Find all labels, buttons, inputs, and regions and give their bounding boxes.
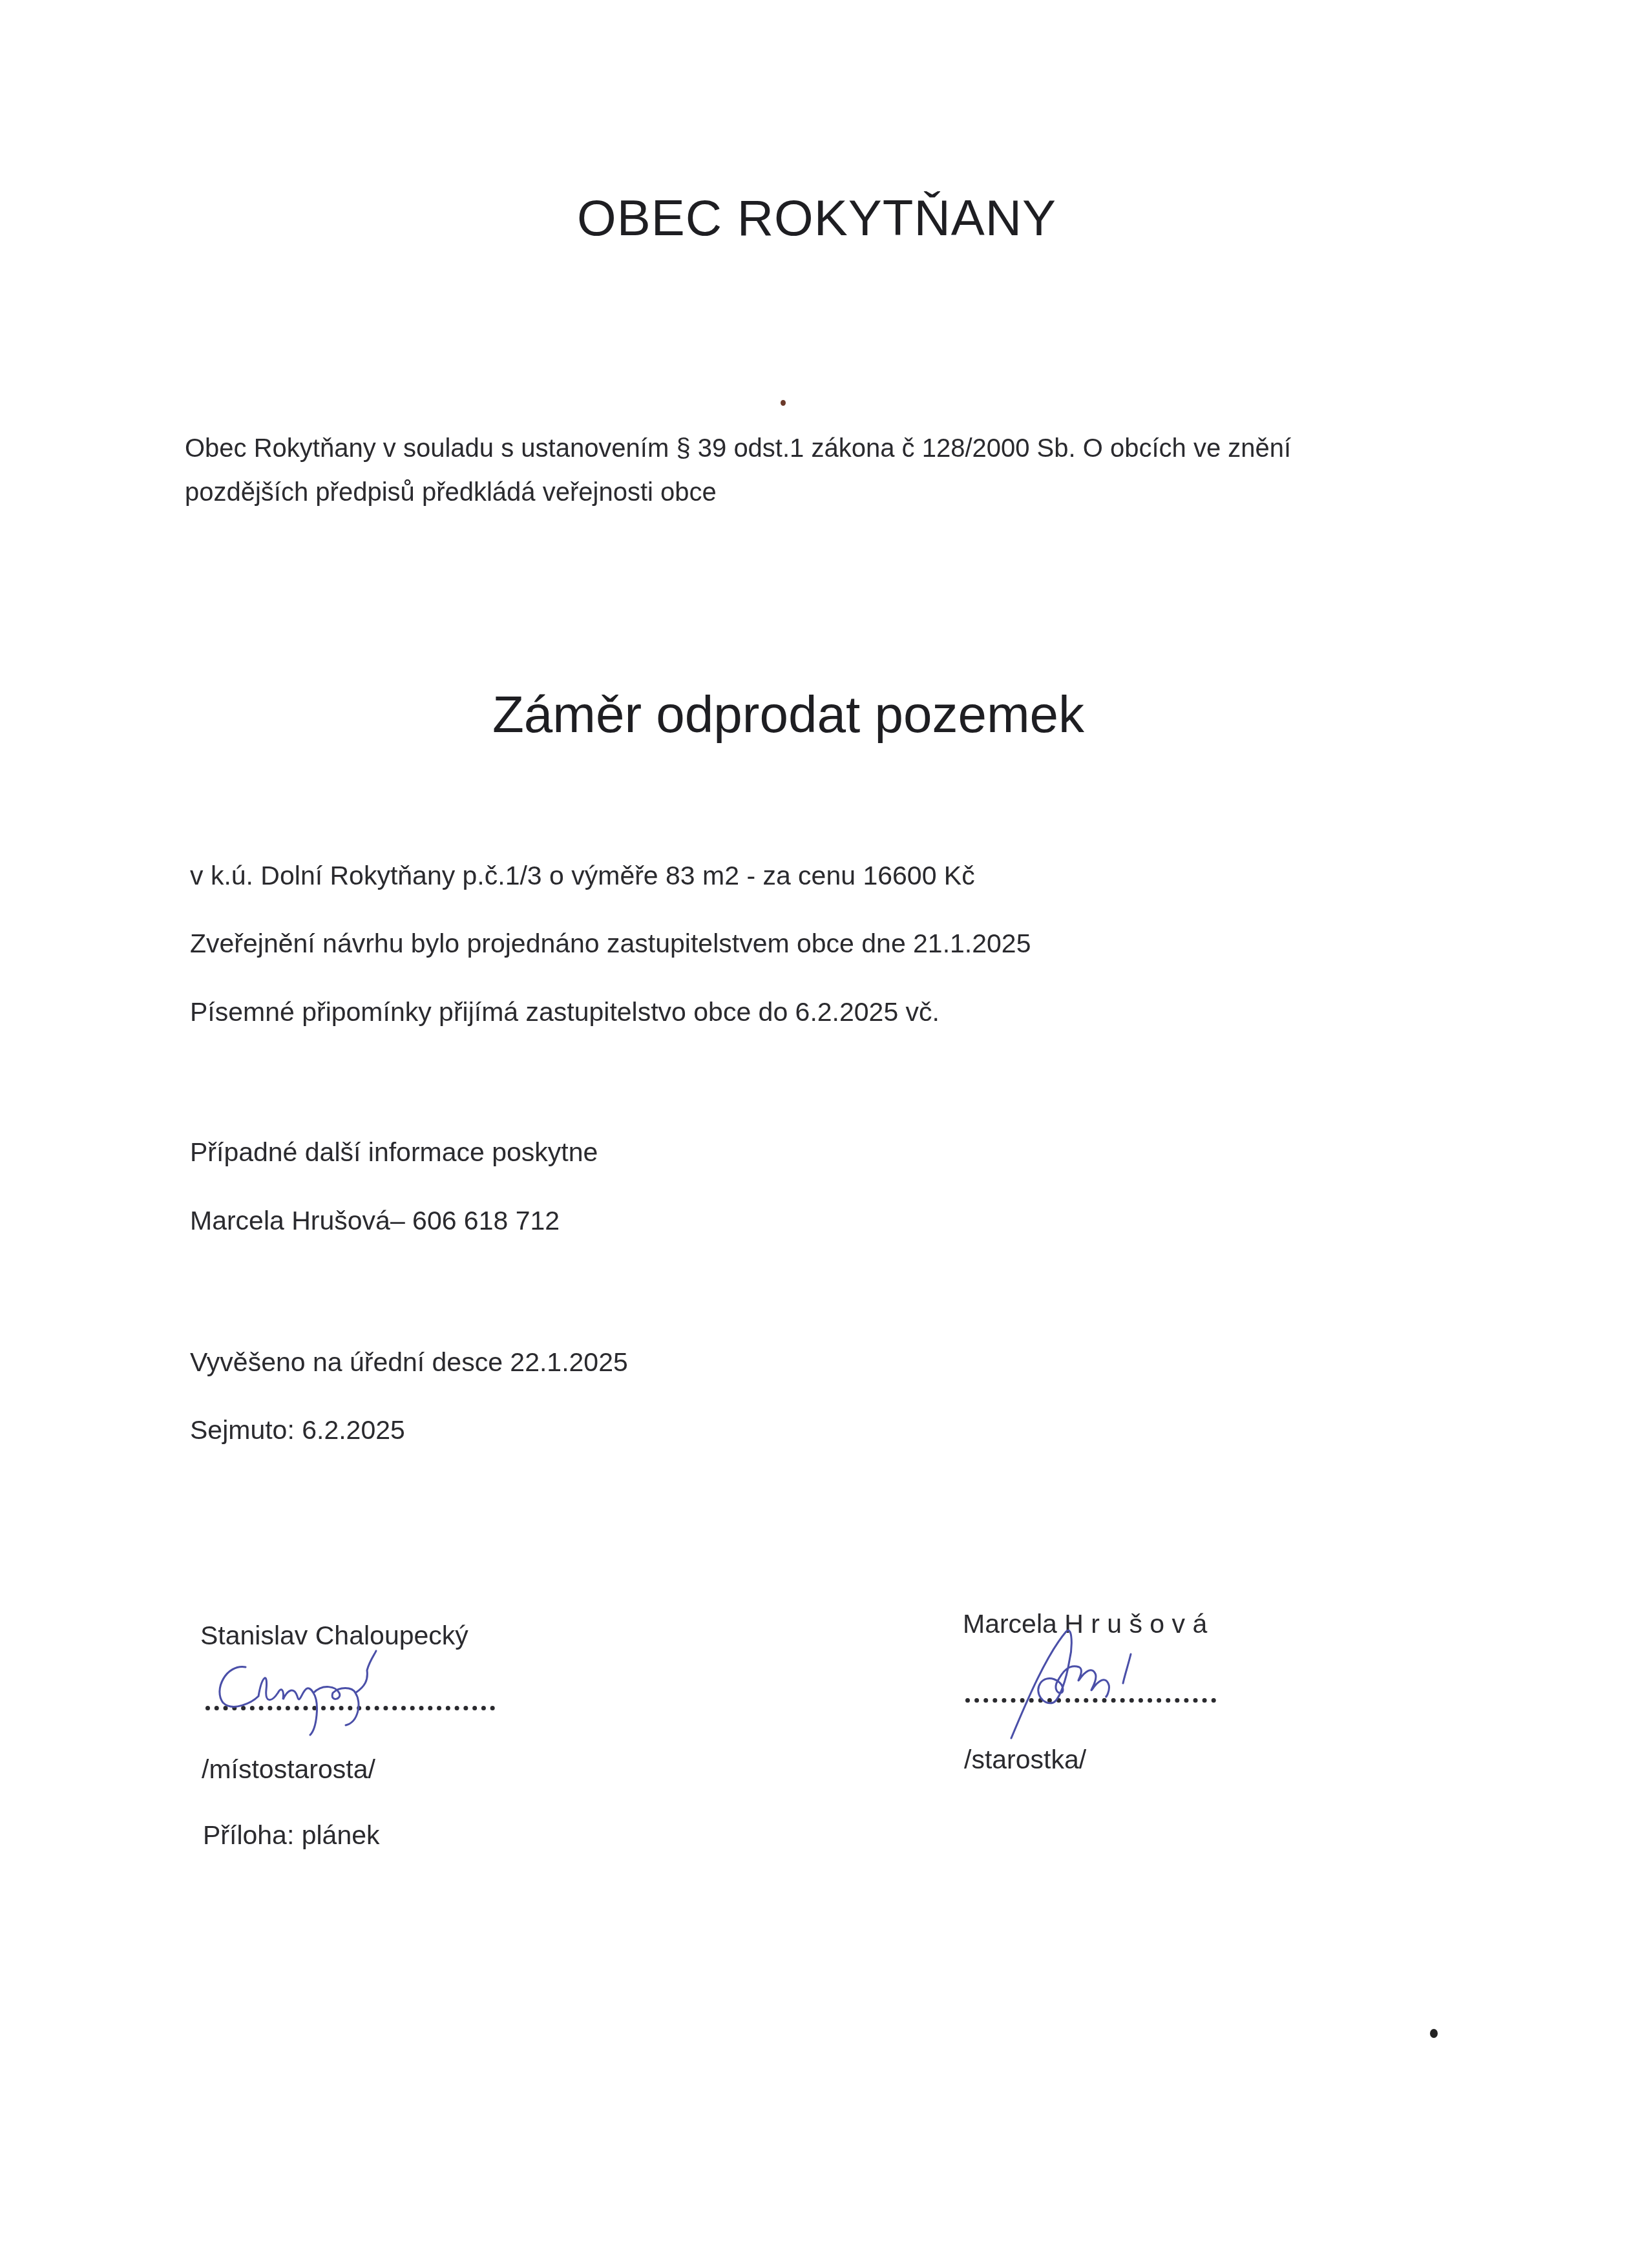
signatory-left-name: Stanislav Chaloupecký (200, 1621, 468, 1651)
attachment-note: Příloha: plánek (203, 1820, 380, 1851)
document-title: OBEC ROKYTŇANY (577, 189, 1056, 247)
comments-deadline: Písemné připomínky přijímá zastupitelstv… (190, 997, 940, 1027)
signature-right (1008, 1628, 1163, 1745)
intro-line-2: pozdějších předpisů předkládá veřejnosti… (185, 478, 717, 507)
parcel-details: v k.ú. Dolní Rokytňany p.č.1/3 o výměře … (190, 861, 975, 891)
scan-speck (781, 400, 786, 406)
intro-line-1: Obec Rokytňany v souladu s ustanovením §… (185, 434, 1291, 463)
contact-person: Marcela Hrušová– 606 618 712 (190, 1206, 560, 1236)
signatory-left-role: /místostarosta/ (202, 1754, 375, 1785)
scan-speck (1430, 2029, 1438, 2038)
contact-label: Případné další informace poskytne (190, 1137, 598, 1168)
notice-heading: Záměr odprodat pozemek (492, 685, 1084, 744)
removed-date: Sejmuto: 6.2.2025 (190, 1415, 405, 1445)
signatory-right-role: /starostka/ (964, 1745, 1086, 1775)
signature-left (207, 1651, 414, 1741)
council-approval: Zveřejnění návrhu bylo projednáno zastup… (190, 929, 1031, 959)
posted-date: Vyvěšeno na úřední desce 22.1.2025 (190, 1347, 628, 1378)
